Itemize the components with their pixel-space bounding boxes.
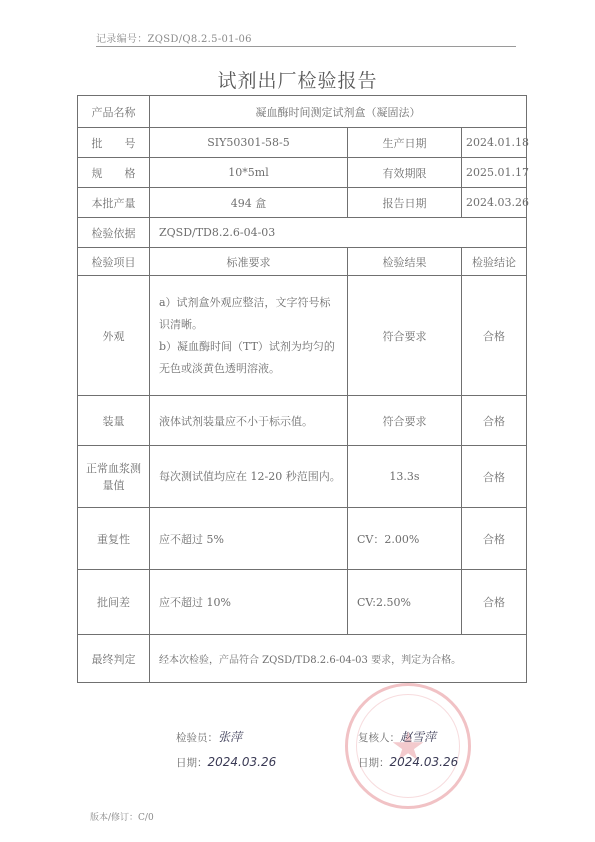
- header-item: 检验项目: [78, 248, 150, 276]
- reviewer-label: 复核人：: [358, 732, 400, 744]
- inspector-name: 张萍: [218, 730, 242, 744]
- table-row: 外观 a）试剂盒外观应整洁，文字符号标识清晰。 b）凝血酶时间（TT）试剂为均匀…: [78, 276, 527, 396]
- table-row: 批间差 应不超过 10% CV:2.50% 合格: [78, 570, 527, 635]
- row-product-name: 产品名称 凝血酶时间测定试剂盒（凝固法）: [78, 96, 527, 128]
- requirement-line-b: b）凝血酶时间（TT）试剂为均匀的无色或淡黄色透明溶液。: [159, 336, 341, 380]
- header-rule: [96, 46, 516, 47]
- report-table: 产品名称 凝血酶时间测定试剂盒（凝固法） 批 号 SIY50301-58-5 生…: [77, 95, 527, 683]
- reviewer-signature: 复核人：赵雪萍 日期：2024.03.26: [358, 728, 458, 770]
- report-date-value: 2024.03.26: [462, 188, 527, 218]
- result-fill-volume: 符合要求: [348, 396, 462, 446]
- requirement-fill-volume: 液体试剂装量应不小于标示值。: [150, 396, 348, 446]
- table-row: 装量 液体试剂装量应不小于标示值。 符合要求 合格: [78, 396, 527, 446]
- requirement-batch-variation: 应不超过 10%: [150, 570, 348, 635]
- expiry-label: 有效期限: [348, 158, 462, 188]
- result-appearance: 符合要求: [348, 276, 462, 396]
- qty-value: 494 盒: [150, 188, 348, 218]
- conclusion-repeatability: 合格: [462, 508, 527, 570]
- product-name-label: 产品名称: [78, 96, 150, 128]
- table-row: 重复性 应不超过 5% CV：2.00% 合格: [78, 508, 527, 570]
- final-row: 最终判定 经本次检验，产品符合 ZQSD/TD8.2.6-04-03 要求，判定…: [78, 635, 527, 683]
- row-basis: 检验依据 ZQSD/TD8.2.6-04-03: [78, 218, 527, 248]
- row-batch: 批 号 SIY50301-58-5 生产日期 2024.01.18: [78, 128, 527, 158]
- item-repeatability: 重复性: [78, 508, 150, 570]
- spec-value: 10*5ml: [150, 158, 348, 188]
- reviewer-date-label: 日期：: [358, 757, 390, 769]
- batch-label: 批 号: [78, 128, 150, 158]
- item-normal-plasma: 正常血浆测量值: [78, 446, 150, 508]
- conclusion-appearance: 合格: [462, 276, 527, 396]
- requirement-appearance: a）试剂盒外观应整洁，文字符号标识清晰。 b）凝血酶时间（TT）试剂为均匀的无色…: [150, 276, 348, 396]
- requirement-line-a: a）试剂盒外观应整洁，文字符号标识清晰。: [159, 292, 341, 336]
- mfg-date-value: 2024.01.18: [462, 128, 527, 158]
- row-spec: 规 格 10*5ml 有效期限 2025.01.17: [78, 158, 527, 188]
- header-requirement: 标准要求: [150, 248, 348, 276]
- conclusion-normal-plasma: 合格: [462, 446, 527, 508]
- header-conclusion: 检验结论: [462, 248, 527, 276]
- final-label: 最终判定: [78, 635, 150, 683]
- final-verdict: 经本次检验，产品符合 ZQSD/TD8.2.6-04-03 要求，判定为合格。: [150, 635, 527, 683]
- version-footer: 版本/修订：C/0: [90, 810, 154, 823]
- spec-label: 规 格: [78, 158, 150, 188]
- inspector-signature: 检验员：张萍 日期：2024.03.26: [176, 728, 276, 770]
- basis-value: ZQSD/TD8.2.6-04-03: [150, 218, 527, 248]
- item-fill-volume: 装量: [78, 396, 150, 446]
- inspector-label: 检验员：: [176, 732, 218, 744]
- row-qty: 本批产量 494 盒 报告日期 2024.03.26: [78, 188, 527, 218]
- conclusion-fill-volume: 合格: [462, 396, 527, 446]
- header-result: 检验结果: [348, 248, 462, 276]
- record-id: 记录编号：ZQSD/Q8.2.5-01-06: [96, 30, 252, 45]
- record-id-label: 记录编号：: [96, 34, 148, 45]
- result-repeatability: CV：2.00%: [348, 508, 462, 570]
- product-name: 凝血酶时间测定试剂盒（凝固法）: [150, 96, 527, 128]
- qty-label: 本批产量: [78, 188, 150, 218]
- report-date-label: 报告日期: [348, 188, 462, 218]
- batch-value: SIY50301-58-5: [150, 128, 348, 158]
- result-normal-plasma: 13.3s: [348, 446, 462, 508]
- item-appearance: 外观: [78, 276, 150, 396]
- result-batch-variation: CV:2.50%: [348, 570, 462, 635]
- table-row: 正常血浆测量值 每次测试值均应在 12-20 秒范围内。 13.3s 合格: [78, 446, 527, 508]
- page-title: 试剂出厂检验报告: [0, 66, 595, 93]
- mfg-date-label: 生产日期: [348, 128, 462, 158]
- reviewer-date: 2024.03.26: [390, 755, 459, 769]
- basis-label: 检验依据: [78, 218, 150, 248]
- requirement-repeatability: 应不超过 5%: [150, 508, 348, 570]
- conclusion-batch-variation: 合格: [462, 570, 527, 635]
- inspector-date-label: 日期：: [176, 757, 208, 769]
- requirement-normal-plasma: 每次测试值均应在 12-20 秒范围内。: [150, 446, 348, 508]
- inspector-date: 2024.03.26: [208, 755, 277, 769]
- record-id-value: ZQSD/Q8.2.5-01-06: [148, 34, 252, 45]
- item-batch-variation: 批间差: [78, 570, 150, 635]
- inspection-header-row: 检验项目 标准要求 检验结果 检验结论: [78, 248, 527, 276]
- reviewer-name: 赵雪萍: [400, 730, 436, 744]
- expiry-value: 2025.01.17: [462, 158, 527, 188]
